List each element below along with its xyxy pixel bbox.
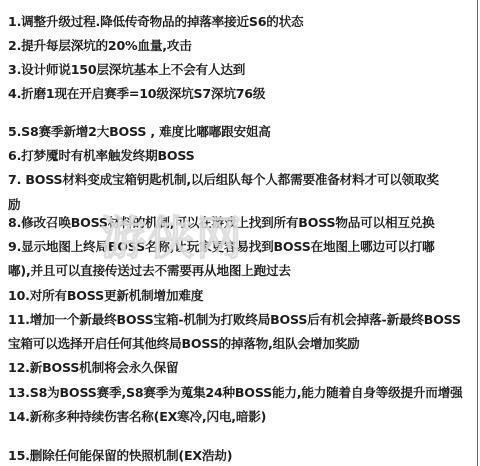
note-line-11: 11.增加一个新最终BOSS宝箱-机制为打败终局BOSS后有机会掉落-新最终BO…	[8, 312, 461, 328]
note-line-1: 1.调整升级过程.降低传奇物品的掉落率接近S6的状态	[8, 14, 303, 30]
note-line-9-cont: 嘟),并且可以直接传送过去不需要再从地图上跑过去	[8, 263, 291, 279]
note-line-4: 4.折磨1现在开启赛季=10级深坑S7深坑76级	[8, 86, 265, 102]
note-line-5: 5.S8赛季新增2大BOSS , 难度比嘟嘟跟安姐高	[8, 124, 271, 140]
note-line-3: 3.设计师说150层深坑基本上不会有人达到	[8, 62, 245, 78]
note-line-7-cont: 励	[8, 197, 20, 213]
note-line-2: 2.提升每层深坑的20%血量,攻击	[8, 38, 192, 54]
note-line-7: 7. BOSS材料变成宝箱钥匙机制,以后组队每个人都需要准备材料才可以领取奖	[8, 172, 439, 188]
note-line-11-cont: 宝箱可以选择开启任何其他终局BOSS的掉落物,组队会增加奖励	[8, 336, 360, 352]
note-line-6: 6.打梦魇时有机率触发终期BOSS	[8, 148, 195, 164]
note-line-15: 15.删除任何能保留的快照机制(EX浩劫)	[8, 448, 232, 464]
note-line-13: 13.S8为BOSS赛季,S8赛季为蒐集24种BOSS能力,能力随着自身等级提升…	[8, 385, 462, 401]
note-line-10: 10.对所有BOSS更新机制增加难度	[8, 288, 203, 304]
note-line-12: 12.新BOSS机制将会永久保留	[8, 360, 178, 376]
watermark: 游侠网	[100, 212, 380, 264]
page-edge-divider	[477, 0, 478, 466]
note-line-14: 14.新称多种持续伤害名称(EX寒冷,闪电,暗影)	[8, 409, 266, 425]
